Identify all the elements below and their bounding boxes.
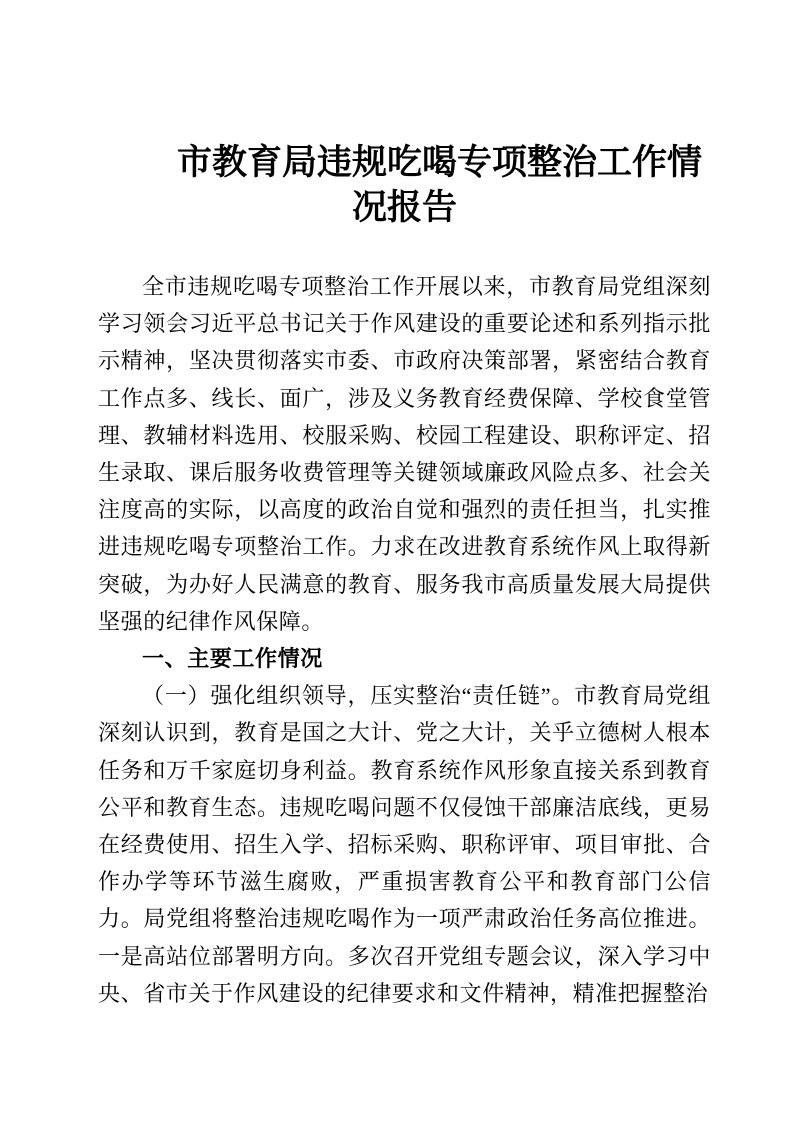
paragraph-section-one: （一）强化组织领导，压实整治“责任链”。市教育局党组深刻认识到，教育是国之大计、… — [98, 677, 711, 1012]
document-body: 全市违规吃喝专项整治工作开展以来，市教育局党组深刻学习领会习近平总书记关于作风建… — [98, 268, 711, 1012]
document-title: 市教育局违规吃喝专项整治工作情况报告 — [98, 140, 711, 230]
section-heading-main-work: 一、主要工作情况 — [98, 640, 711, 677]
document-page: 市教育局违规吃喝专项整治工作情况报告 全市违规吃喝专项整治工作开展以来，市教育局… — [0, 0, 793, 1122]
paragraph-intro: 全市违规吃喝专项整治工作开展以来，市教育局党组深刻学习领会习近平总书记关于作风建… — [98, 268, 711, 640]
